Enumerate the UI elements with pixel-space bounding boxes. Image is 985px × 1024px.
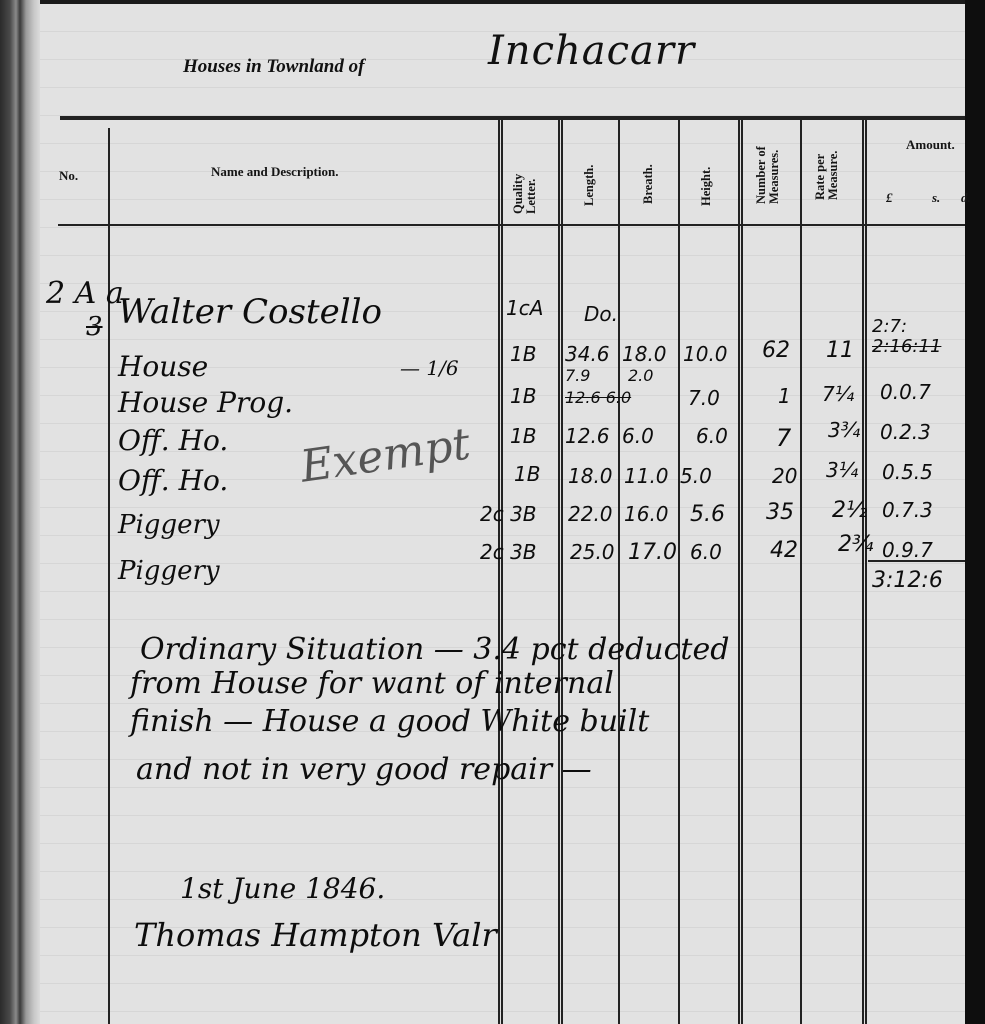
row2-amount: 0.0.7 [880,380,931,404]
col-header-shillings: s. [932,190,940,206]
page-edge-shadow [965,0,985,1024]
col-rule-length [558,118,563,1024]
row4-height: 5.0 [680,464,712,488]
entry-number: 2 A a [46,276,124,311]
row2-height: 7.0 [688,386,720,410]
row1-quality: 1B [510,342,536,366]
row3-breath: 6.0 [622,424,654,448]
row4-measures: 20 [772,464,797,488]
header-top-rule [60,116,965,120]
row3-rate: 3¾ [828,418,860,442]
col-rule-amount [862,118,867,1024]
col-rule-measures [738,118,743,1024]
row1-length: 34.6 [565,342,610,366]
row-desc-6: Piggery [118,556,220,586]
row2-rate: 7¼ [822,382,854,406]
row4-breath: 11.0 [624,464,669,488]
col-header-length: Length. [583,165,596,206]
remarks-line-1: Ordinary Situation — 3.4 pct deducted [140,632,729,667]
row1-breath: 18.0 [622,342,667,366]
row5-breath: 16.0 [624,502,669,526]
row5-rate: 2½ [832,498,867,523]
col-header-breath: Breath. [642,164,655,204]
row6-measures: 42 [770,538,798,563]
row1-height: 10.0 [683,342,728,366]
row5-quality: 2c 3B [480,502,537,526]
row2-breath: 2.0 [628,366,653,385]
row0-length: Do. [584,302,618,326]
row3-quality: 1B [510,424,536,448]
row3-length: 12.6 [565,424,610,448]
signature-date: 1st June 1846. [180,872,385,905]
col-header-rate: Rate per Measure. [814,151,840,200]
entry-number-struck: 3 [86,312,103,342]
row2-struck-dims: 12.6 6.0 [565,388,631,407]
row-desc-4: Off. Ho. [118,464,228,497]
row3-measures: 7 [776,424,791,452]
col-rule-height [678,118,680,1024]
header-bottom-rule [58,224,965,226]
row0-amount-struck: 2:16:11 [872,336,941,357]
row-desc-5: Piggery [118,510,220,540]
row3-amount: 0.2.3 [880,420,931,444]
row4-quality: 1B [514,462,540,486]
row5-length: 22.0 [568,502,613,526]
row5-measures: 35 [766,500,794,525]
col-header-height: Height. [700,167,713,206]
row-desc-2: House Prog. [118,386,293,419]
row-desc-0: Walter Costello [118,292,382,332]
row4-amount: 0.5.5 [882,460,933,484]
row6-rate: 2¾ [838,532,873,557]
row1-measures: 62 [762,338,790,363]
col-header-pounds: £ [886,190,893,206]
col-header-amount: Amount. [906,137,955,153]
row6-quality: 2c 3B [480,540,537,564]
row6-breath: 17.0 [628,540,677,565]
row-desc-1: House [118,350,208,383]
row-desc-3: Off. Ho. [118,424,228,457]
townland-name: Inchacarr [488,28,695,74]
margin-fraction: — 1/6 [400,356,459,380]
col-header-quality: Quality Letter. [512,174,538,214]
row6-amount: 0.9.7 [882,538,933,562]
col-rule-quality [498,118,503,1024]
book-binding [0,0,40,1024]
signature-name: Thomas Hampton Valr [134,916,497,954]
total-amount: 3:12:6 [872,568,943,593]
row3-height: 6.0 [696,424,728,448]
col-header-no: No. [59,168,78,184]
col-header-pence: d. [961,190,971,206]
total-rule [868,560,965,562]
col-rule-rate [800,118,802,1024]
row5-height: 5.6 [690,502,725,527]
row2-measures: 1 [778,384,791,408]
col-header-name: Name and Description. [211,164,338,180]
row0-quality: 1cA [506,296,543,320]
row0-amount: 2:7: [872,316,907,337]
row6-length: 25.0 [570,540,615,564]
row2-quality: 1B [510,384,536,408]
row5-amount: 0.7.3 [882,498,933,522]
col-rule-breath [618,118,620,1024]
col-rule-no [108,128,110,1024]
row6-height: 6.0 [690,540,722,564]
row1-rate: 11 [826,338,854,363]
col-header-measures: Number of Measures. [755,146,781,204]
printed-title: Houses in Townland of [183,56,364,78]
row4-length: 18.0 [568,464,613,488]
row4-rate: 3¼ [826,458,858,482]
row2-length: 7.9 [565,366,590,385]
remarks-line-3: finish — House a good White built [130,704,649,739]
remarks-line-2: from House for want of internal [130,666,614,701]
remarks-line-4: and not in very good repair — [136,752,592,787]
